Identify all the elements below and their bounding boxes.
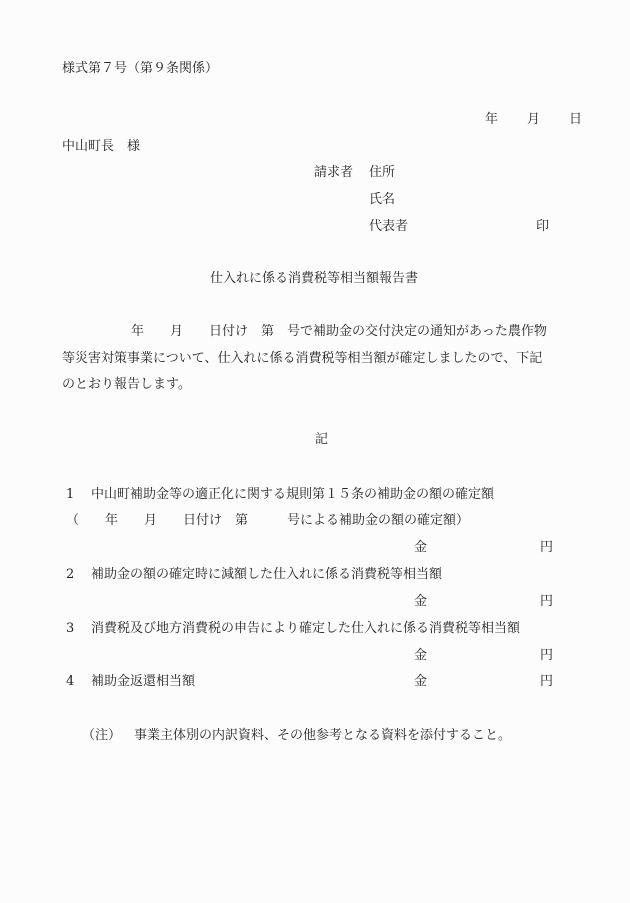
note-label: （注） [82,728,121,744]
item-3-text: 消費税及び地方消費税の申告により確定した仕入れに係る消費税等相当額 [91,621,520,637]
item-2-text: 補助金の額の確定時に減額した仕入れに係る消費税等相当額 [91,567,442,583]
item-4-text: 補助金返還相当額 [91,674,195,690]
name-label: 氏名 [369,192,395,208]
body-line-2: 等災害対策事業について、仕入れに係る消費税等相当額が確定しましたので、下記 [62,351,542,367]
addressee: 中山町長 様 [62,139,140,155]
date-day: 日 [569,112,582,128]
item-4-kin: 金 [414,674,427,690]
item-2-kin: 金 [414,594,427,610]
item-4-number: 4 [66,674,74,690]
item-1-yen: 円 [540,540,553,556]
body-line-3: のとおり報告します。 [62,377,191,393]
item-2-number: 2 [66,567,74,583]
document-title: 仕入れに係る消費税等相当額報告書 [210,271,418,287]
item-4-yen: 円 [540,674,553,690]
requester-label: 請求者 [314,165,353,181]
body-line-1: 年 月 日付け 第 号で補助金の交付決定の通知があった農作物 [131,324,547,340]
item-3-yen: 円 [540,648,553,664]
date-year: 年 [485,112,498,128]
item-1-number: 1 [66,487,74,503]
form-number: 様式第７号（第９条関係） [62,61,218,77]
seal-mark: 印 [536,219,549,235]
item-3-kin: 金 [414,648,427,664]
item-3-number: 3 [66,621,74,637]
item-2-yen: 円 [540,594,553,610]
note-text: 事業主体別の内訳資料、その他参考となる資料を添付すること。 [134,728,511,744]
date-month: 月 [527,112,540,128]
representative-label: 代表者 [369,219,408,235]
item-1-subtext: （ 年 月 日付け 第 号による補助金の額の確定額） [66,513,469,529]
item-1-kin: 金 [414,540,427,556]
item-1-text: 中山町補助金等の適正化に関する規則第１５条の補助金の額の確定額 [91,487,494,503]
address-label: 住所 [369,165,395,181]
ki-heading: 記 [315,432,328,448]
